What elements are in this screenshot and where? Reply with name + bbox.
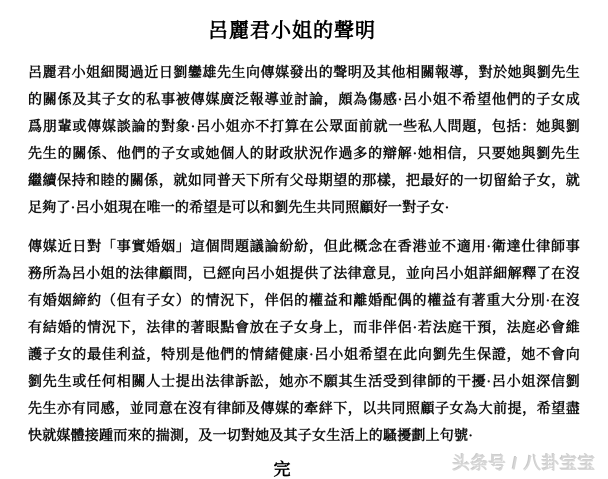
paragraph-1-line: 繼續保持和睦的關係，就如同普天下所有父母期望的那樣，把最好的一切留給子女，就 [28,168,580,195]
paragraph-2-line: 快就媒體接踵而來的揣測，及一切對她及其子女生活上的騷擾劃上句號· [28,423,580,450]
paragraph-2-line: 務所為呂小姐的法律顧問，已經向呂小姐提供了法律意見，並向呂小姐詳細解釋了在沒 [28,261,580,288]
paragraph-1-line: 的關係及其子女的私事被傳媒廣泛報導並討論，頗為傷感·呂小姐不希望他們的子女成 [28,87,580,114]
paragraph-1: 呂麗君小姐細閱過近日劉鑾雄先生向傳媒發出的聲明及其他相關報導，對於她與劉先生 的… [28,60,580,222]
paragraph-2-line: 劉先生或任何相關人士提出法律訴訟，她亦不願其生活受到律師的干擾·呂小姐深信劉 [28,369,580,396]
paragraph-1-line: 呂麗君小姐細閱過近日劉鑾雄先生向傳媒發出的聲明及其他相關報導，對於她與劉先生 [28,60,580,87]
paragraph-2-line: 先生亦有同感，並同意在沒有律師及傳媒的牽絆下，以共同照顧子女為大前提，希望盡 [28,396,580,423]
paragraph-1-line: 足夠了·呂小姐現在唯一的希望是可以和劉先生共同照顧好一對子女· [28,195,580,222]
paragraph-2-line: 有結婚的情況下，法律的著眼點會放在子女身上，而非伴侶·若法庭干預，法庭必會維 [28,315,580,342]
paragraph-2-line: 有婚姻締約（但有子女）的情況下，伴侶的權益和離婚配偶的權益有著重大分別·在沒 [28,288,580,315]
document-title: 呂麗君小姐的聲明 [0,0,596,43]
paragraph-2-line: 傳媒近日對「事實婚姻」這個問題議論紛紛，但此概念在香港並不適用·衛達仕律師事 [28,234,580,261]
paragraph-2-line: 護子女的最佳利益，特別是他們的情緒健康·呂小姐希望在此向劉先生保證，她不會向 [28,342,580,369]
paragraph-1-line: 先生的關係、他們的子女或她個人的財政狀況作過多的辯解·她相信，只要她與劉先生 [28,141,580,168]
watermark: 头条号 / 八卦宝宝 [453,449,596,474]
paragraph-2: 傳媒近日對「事實婚姻」這個問題議論紛紛，但此概念在香港並不適用·衛達仕律師事 務… [28,234,580,450]
paragraph-1-line: 爲朋輩或傳媒談論的對象·呂小姐亦不打算在公眾面前就一些私人問題，包括：她與劉 [28,114,580,141]
statement-document: 呂麗君小姐的聲明 呂麗君小姐細閱過近日劉鑾雄先生向傳媒發出的聲明及其他相關報導，… [0,0,608,479]
